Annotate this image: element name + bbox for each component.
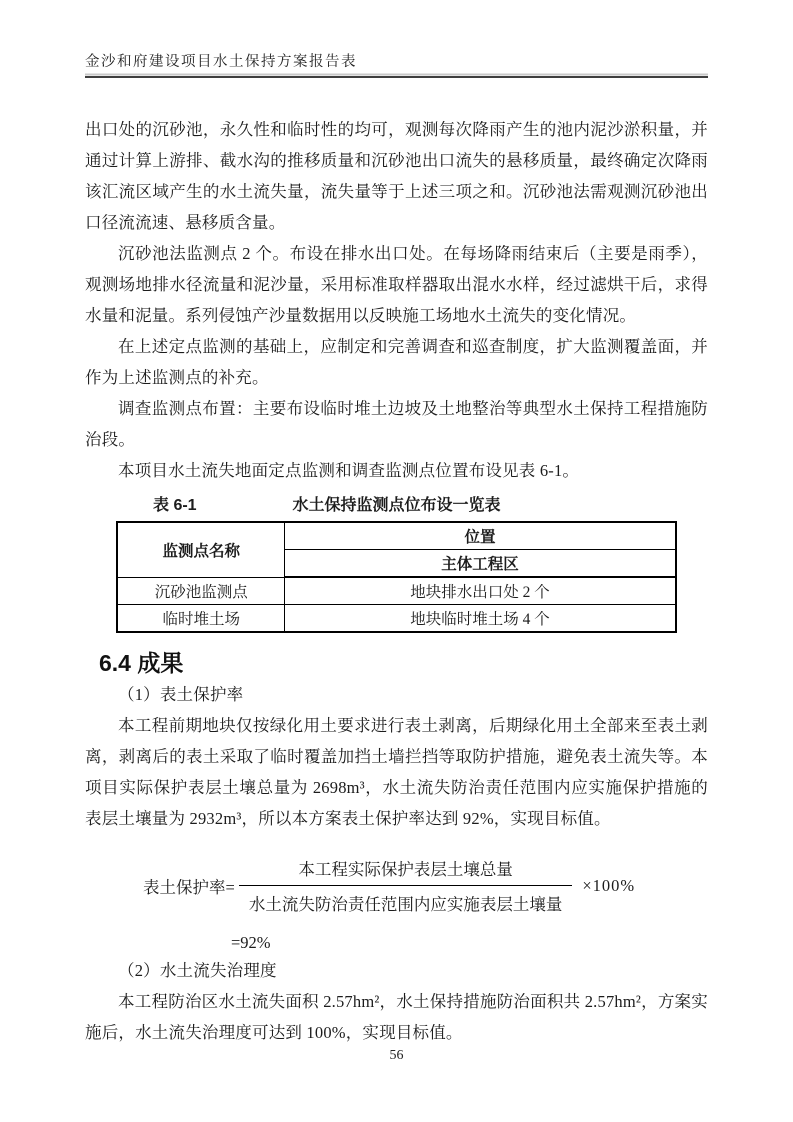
formula-multiplier: ×100% xyxy=(582,876,635,896)
page-content: 出口处的沉砂池，永久性和临时性的均可，观测每次降雨产生的池内泥沙淤积量，并通过计… xyxy=(85,78,708,1048)
paragraph-monitoring-points: 沉砂池法监测点 2 个。布设在排水出口处。在每场降雨结束后（主要是雨季），观测场… xyxy=(85,238,708,331)
paragraph-topsoil-protection: 本工程前期地块仅按绿化用土要求进行表土剥离，后期绿化用土全部来至表土剥离，剥离后… xyxy=(85,710,708,834)
table-header-row-1: 监测点名称 位置 xyxy=(117,522,676,550)
running-header: 金沙和府建设项目水土保持方案报告表 xyxy=(85,0,708,78)
table-row: 沉砂池监测点 地块排水出口处 2 个 xyxy=(117,577,676,605)
formula-denominator: 水土流失防治责任范围内应实施表层土壤量 xyxy=(239,886,573,915)
table-header-name: 监测点名称 xyxy=(117,522,285,577)
table-caption-label: 表 6-1 xyxy=(153,494,197,518)
table-header-location: 位置 xyxy=(285,522,676,550)
subheading-erosion-control: （2）水土流失治理度 xyxy=(85,955,708,986)
monitoring-points-table: 监测点名称 位置 主体工程区 沉砂池监测点 地块排水出口处 2 个 临时堆土场 … xyxy=(116,521,677,633)
paragraph-table-reference: 本项目水土流失地面定点监测和调查监测点位置布设见表 6-1。 xyxy=(85,455,708,486)
paragraph-erosion-control: 本工程防治区水土流失面积 2.57hm²，水土保持措施防治面积共 2.57hm²… xyxy=(85,986,708,1048)
paragraph-inspection-system: 在上述定点监测的基础上，应制定和完善调查和巡查制度，扩大监测覆盖面，并作为上述监… xyxy=(85,331,708,393)
formula-numerator: 本工程实际保护表层土壤总量 xyxy=(239,856,573,886)
table-caption-title: 水土保持监测点位布设一览表 xyxy=(292,497,500,514)
paragraph-survey-layout: 调查监测点布置：主要布设临时堆土边坡及土地整治等典型水土保持工程措施防治段。 xyxy=(85,393,708,455)
subheading-topsoil-protection: （1）表土保护率 xyxy=(85,679,708,710)
table-caption: 表 6-1 水土保持监测点位布设一览表 xyxy=(85,494,708,518)
doc-header-title: 金沙和府建设项目水土保持方案报告表 xyxy=(85,50,708,76)
table-cell-point-location: 地块临时堆土场 4 个 xyxy=(285,605,676,633)
topsoil-protection-formula: 表土保护率= 本工程实际保护表层土壤总量 水土流失防治责任范围内应实施表层土壤量… xyxy=(143,856,708,915)
formula-fraction: 本工程实际保护表层土壤总量 水土流失防治责任范围内应实施表层土壤量 xyxy=(239,856,573,915)
formula-lhs: 表土保护率= xyxy=(143,874,235,898)
table-cell-point-location: 地块排水出口处 2 个 xyxy=(285,577,676,605)
page-number: 56 xyxy=(0,1048,793,1064)
formula-result: =92% xyxy=(231,931,708,955)
table-row: 临时堆土场 地块临时堆土场 4 个 xyxy=(117,605,676,633)
table-cell-point-name: 沉砂池监测点 xyxy=(117,577,285,605)
document-page: 金沙和府建设项目水土保持方案报告表 出口处的沉砂池，永久性和临时性的均可，观测每… xyxy=(0,0,793,1122)
paragraph-sediment-pond: 出口处的沉砂池，永久性和临时性的均可，观测每次降雨产生的池内泥沙淤积量，并通过计… xyxy=(85,114,708,238)
section-heading-6-4: 6.4 成果 xyxy=(99,647,708,679)
table-header-main-zone: 主体工程区 xyxy=(285,550,676,578)
table-cell-point-name: 临时堆土场 xyxy=(117,605,285,633)
